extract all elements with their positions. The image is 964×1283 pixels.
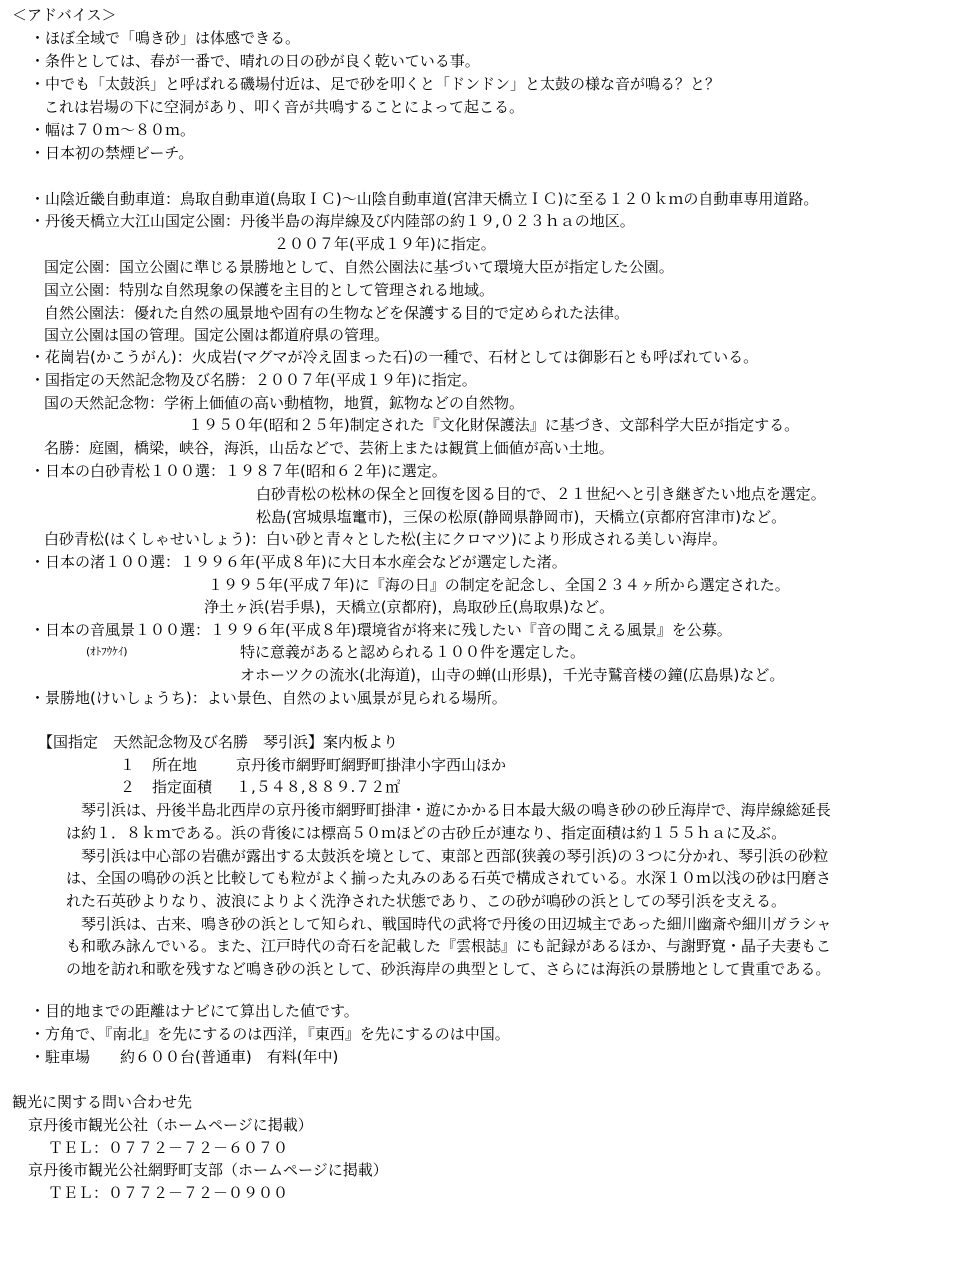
glossary-line: ・日本の渚１００選：１９９６年(平成８年)に大日本水産会などが選定した渚。 [30, 551, 567, 573]
contact-heading: 観光に関する問い合わせ先 [12, 1091, 192, 1113]
location-label: 所在地 [152, 754, 197, 776]
glossary-line: 白砂青松の松林の保全と回復を図る目的で、２１世紀へと引き継ぎたい地点を選定。 [256, 483, 826, 505]
glossary-line: １９５０年(昭和２５年)制定された『文化財保護法』に基づき、文部科学大臣が指定す… [188, 414, 799, 436]
office-phone: ＴＥＬ：０７７２－７２－０９００ [48, 1182, 288, 1204]
note-item: ・方角で、『南北』を先にするのは西洋，『東西』を先にするのは中国。 [30, 1023, 510, 1045]
signboard-paragraph-line: の地を訪れ和歌を残すなど鳴き砂の浜として、砂浜海岸の典型として、さらには海浜の景… [66, 958, 830, 980]
glossary-line: ・山陰近畿自動車道：鳥取自動車道(鳥取ＩＣ)～山陰自動車道(宮津天橋立ＩＣ)に至… [30, 188, 818, 210]
office-name: 京丹後市観光公社（ホームページに掲載） [28, 1114, 313, 1136]
glossary-line: ・国指定の天然記念物及び名勝：２００７年(平成１９年)に指定。 [30, 369, 477, 391]
glossary-line: １９９５年(平成７年)に『海の日』の制定を記念し、全国２３４ヶ所から選定された。 [208, 574, 790, 596]
location-value: 京丹後市網野町網野町掛津小字西山ほか [236, 754, 506, 776]
advice-item: ・ほぼ全域で「鳴き砂」は体感できる。 [30, 27, 300, 49]
signboard-paragraph-line: 琴引浜は、丹後半島北西岸の京丹後市網野町掛津・遊にかかる日本最大級の鳴き砂の砂丘… [66, 799, 831, 821]
area-value: １,５４８,８８９.７２㎡ [236, 776, 400, 798]
glossary-line: ・日本の白砂青松１００選：１９８７年(昭和６２年)に選定。 [30, 460, 447, 482]
advice-item: ・中でも「太鼓浜」と呼ばれる磯場付近は、足で砂を叩くと「ドンドン」と太鼓の様な音… [30, 73, 720, 95]
glossary-line: 特に意義があると認められる１００件を選定した。 [240, 641, 585, 663]
advice-item-continuation: これは岩場の下に空洞があり、叩く音が共鳴することによって起こる。 [44, 96, 524, 118]
office-name: 京丹後市観光公社網野町支部（ホームページに掲載） [28, 1159, 388, 1181]
signboard-paragraph-line: 琴引浜は、古来、鳴き砂の浜として知られ、戦国時代の武将で丹後の田辺城主であった細… [66, 913, 831, 935]
glossary-line: ・花崗岩(かこうがん)：火成岩(マグマが冷え固まった石)の一種で、石材としては御… [30, 346, 758, 368]
glossary-line: ・景勝地(けいしょうち)：よい景色、自然のよい風景が見られる場所。 [30, 687, 507, 709]
glossary-line: ・日本の音風景１００選：１９９６年(平成８年)環境省が将来に残したい『音の聞こえ… [30, 619, 732, 641]
signboard-paragraph-line: は約１．８ｋｍである。浜の背後には標高５０ｍほどの古砂丘が連なり、指定面積は約１… [66, 822, 786, 844]
area-label: 指定面積 [152, 776, 212, 798]
area-number: ２ [120, 776, 135, 798]
glossary-line: 名勝：庭園，橋梁，峡谷，海浜，山岳などで、芸術上または観賞上価値が高い土地。 [44, 437, 614, 459]
signboard-paragraph-line: れた石英砂よりなり、波浪によりよく洗浄された状態であり、この砂が鳴砂の浜としての… [66, 890, 786, 912]
advice-item: ・幅は７０ｍ～８０ｍ。 [30, 119, 195, 141]
glossary-line: 国立公園は国の管理。国定公園は都道府県の管理。 [44, 324, 389, 346]
advice-item: ・日本初の禁煙ビーチ。 [30, 142, 193, 164]
glossary-line: 白砂青松(はくしゃせいしょう)：白い砂と青々とした松(主にクロマツ)により形成さ… [44, 528, 727, 550]
glossary-line: ・丹後天橋立大江山国定公園：丹後半島の海岸線及び内陸部の約１９,０２３ｈａの地区… [30, 210, 635, 232]
glossary-line: 松島(宮城県塩竃市)，三保の松原(静岡県静岡市)，天橋立(京都府宮津市)など。 [256, 506, 786, 528]
glossary-line: 浄土ヶ浜(岩手県)，天橋立(京都府)，鳥取砂丘(鳥取県)など。 [204, 596, 614, 618]
advice-item: ・条件としては、春が一番で、晴れの日の砂が良く乾いている事。 [30, 50, 480, 72]
signboard-paragraph-line: 琴引浜は中心部の岩礁が露出する太鼓浜を境として、東部と西部(狭義の琴引浜)の３つ… [66, 845, 828, 867]
location-number: １ [120, 754, 135, 776]
glossary-line: 自然公園法：優れた自然の風景地や固有の生物などを保護する目的で定められた法律。 [44, 302, 629, 324]
glossary-line: 国定公園：国立公園に準じる景勝地として、自然公園法に基づいて環境大臣が指定した公… [44, 256, 674, 278]
note-item: ・駐車場 約６００台(普通車) 有料(年中) [30, 1046, 338, 1068]
office-phone: ＴＥＬ：０７７２－７２－６０７０ [48, 1137, 288, 1159]
advice-heading: ＜アドバイス＞ [12, 4, 117, 26]
signboard-paragraph-line: も和歌み詠んでいる。また、江戸時代の奇石を記載した『雲根誌』にも記録があるほか、… [66, 935, 831, 957]
signboard-paragraph-line: は、全国の鳴砂の浜と比較しても粒がよく揃った丸みのある石英で構成されている。水深… [66, 867, 831, 889]
glossary-line: 国立公園：特別な自然現象の保護を主目的として管理される地域。 [44, 279, 494, 301]
signboard-title: 【国指定 天然記念物及び名勝 琴引浜】案内板より [38, 731, 398, 753]
note-item: ・目的地までの距離はナビにて算出した値です。 [30, 1000, 359, 1022]
glossary-line: ２００７年(平成１９年)に指定。 [274, 233, 496, 255]
glossary-line: 国の天然記念物：学術上価値の高い動植物，地質，鉱物などの自然物。 [44, 392, 524, 414]
glossary-line: オホーツクの流氷(北海道)，山寺の蝉(山形県)，千光寺鷲音楼の鐘(広島県)など。 [240, 664, 784, 686]
reading-note: (ｵﾄﾌｳｹｲ) [86, 641, 128, 663]
